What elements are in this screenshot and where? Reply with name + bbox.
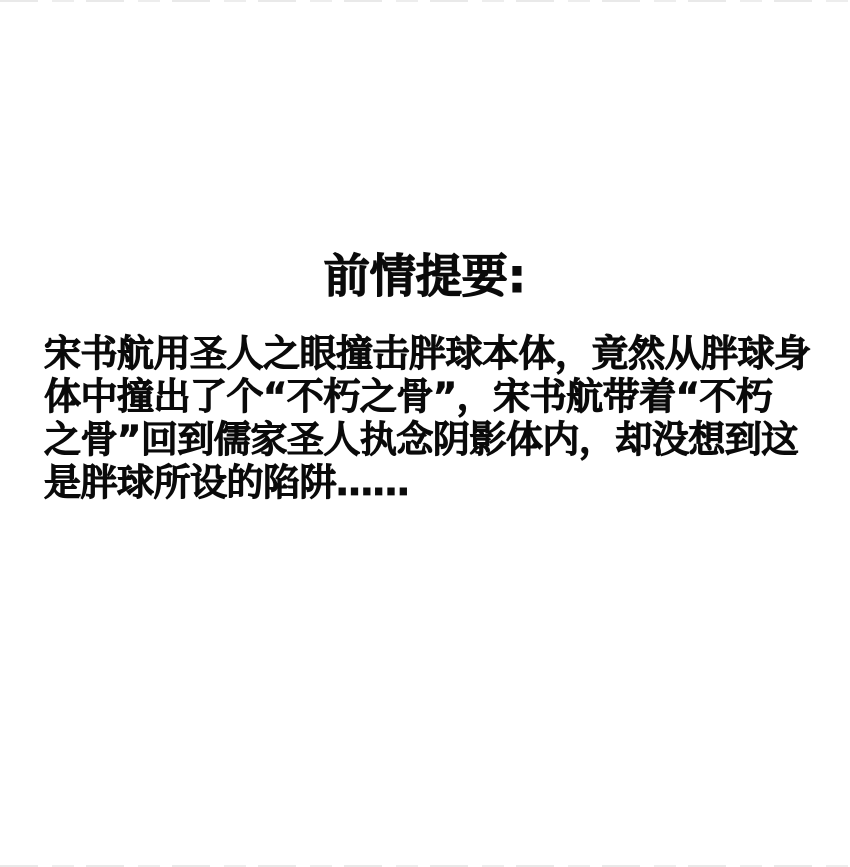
recap-line: 体中撞出了个“不朽之骨”，宋书航带着“不朽: [44, 375, 816, 418]
recap-line: 宋书航用圣人之眼撞击胖球本体，竟然从胖球身: [44, 332, 816, 375]
recap-page: 前情提要: 宋书航用圣人之眼撞击胖球本体，竟然从胖球身 体中撞出了个“不朽之骨”…: [0, 0, 850, 867]
recap-paragraph: 宋书航用圣人之眼撞击胖球本体，竟然从胖球身 体中撞出了个“不朽之骨”，宋书航带着…: [44, 332, 816, 504]
recap-title: 前情提要:: [0, 250, 850, 302]
top-edge-scan-artifact: [0, 0, 850, 2]
recap-line: 之骨”回到儒家圣人执念阴影体内，却没想到这: [44, 418, 816, 461]
recap-line: 是胖球所设的陷阱……: [44, 461, 816, 504]
